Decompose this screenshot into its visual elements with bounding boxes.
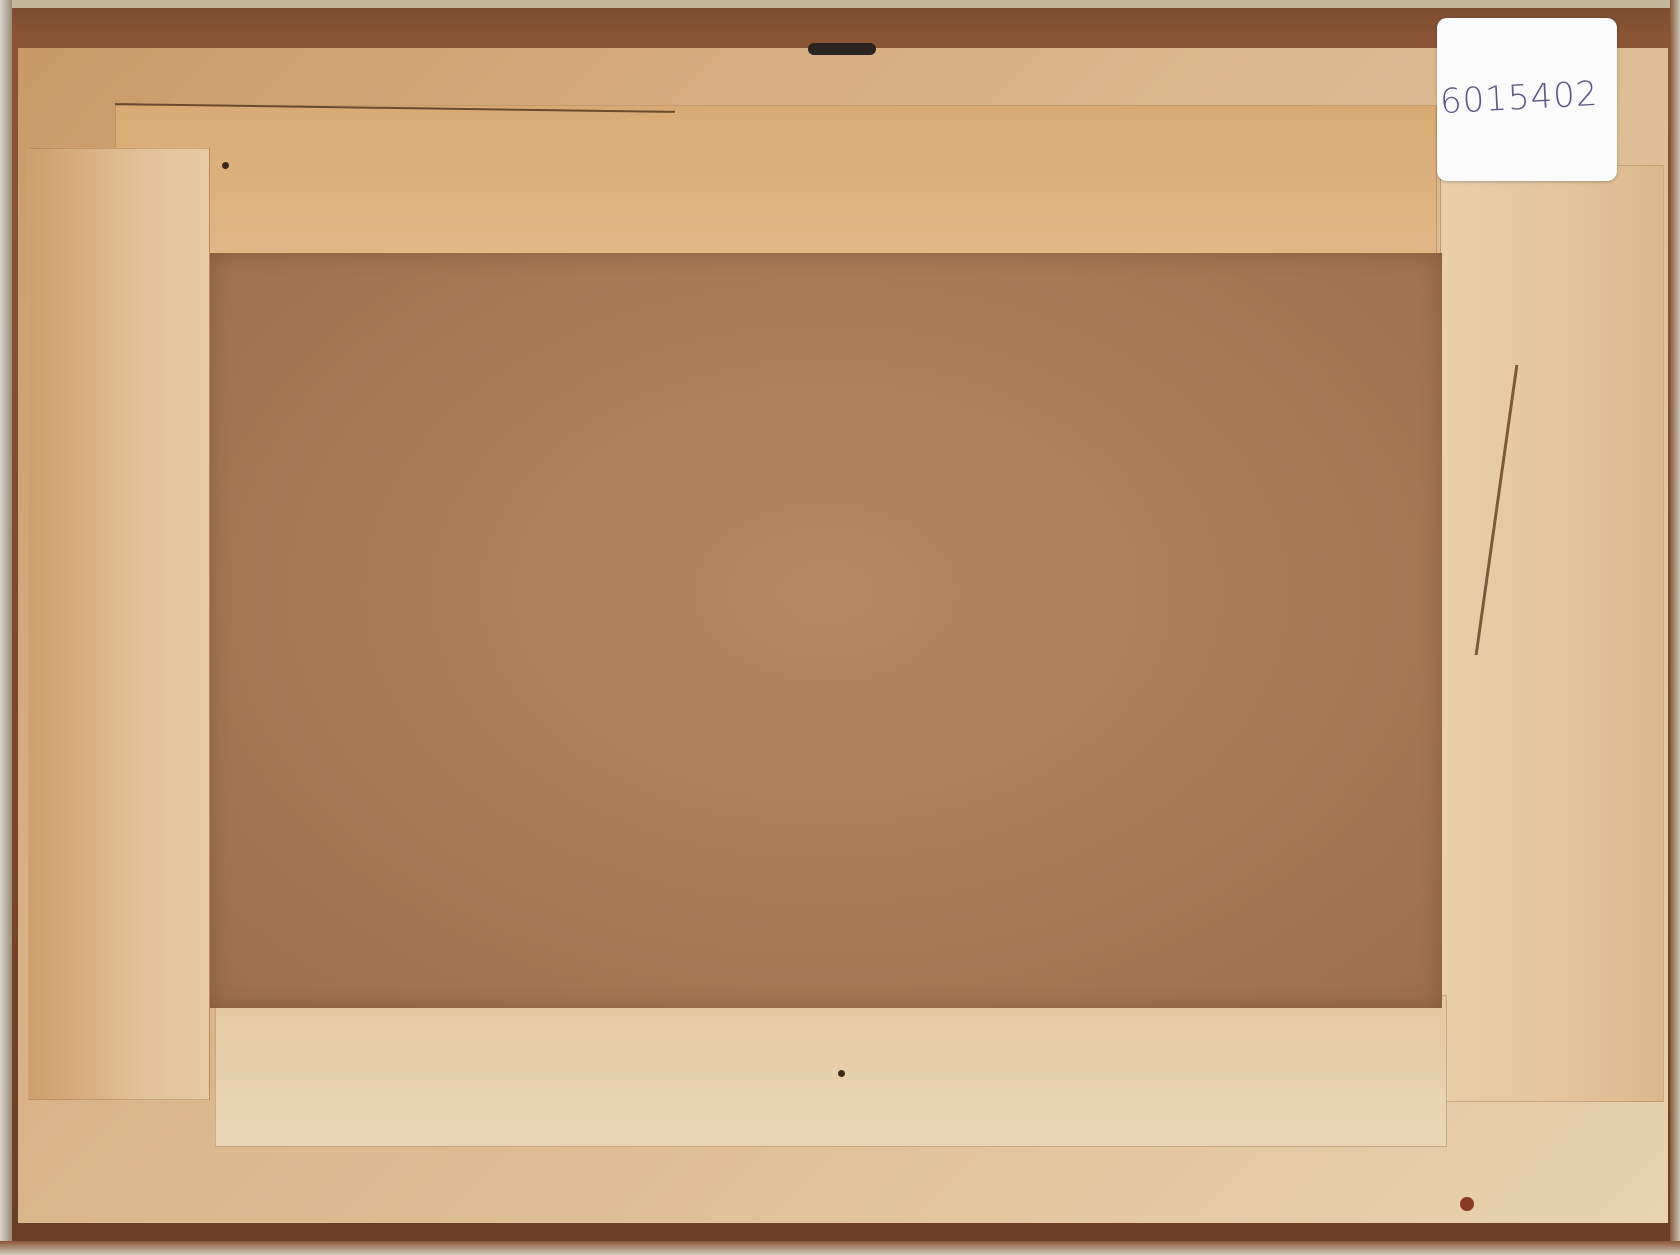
inner-backing-panel — [210, 253, 1442, 1008]
inventory-label: 6015402 — [1437, 18, 1617, 181]
inventory-number: 6015402 — [1439, 73, 1599, 121]
nail-hole — [222, 162, 229, 169]
frame-left-edge — [0, 0, 12, 1255]
tape-strip-bottom — [215, 995, 1447, 1147]
tape-strip-top — [115, 105, 1437, 257]
tape-strip-right — [1440, 165, 1664, 1102]
picture-frame: 6015402 — [0, 0, 1680, 1255]
frame-top-edge — [0, 0, 1680, 8]
frame-bottom-edge — [0, 1241, 1680, 1255]
hanging-hook-icon — [808, 43, 876, 55]
tape-strip-left — [28, 148, 210, 1100]
nail-hole — [838, 1070, 845, 1077]
frame-right-edge — [1670, 0, 1680, 1255]
nail-hole — [1460, 1197, 1474, 1211]
